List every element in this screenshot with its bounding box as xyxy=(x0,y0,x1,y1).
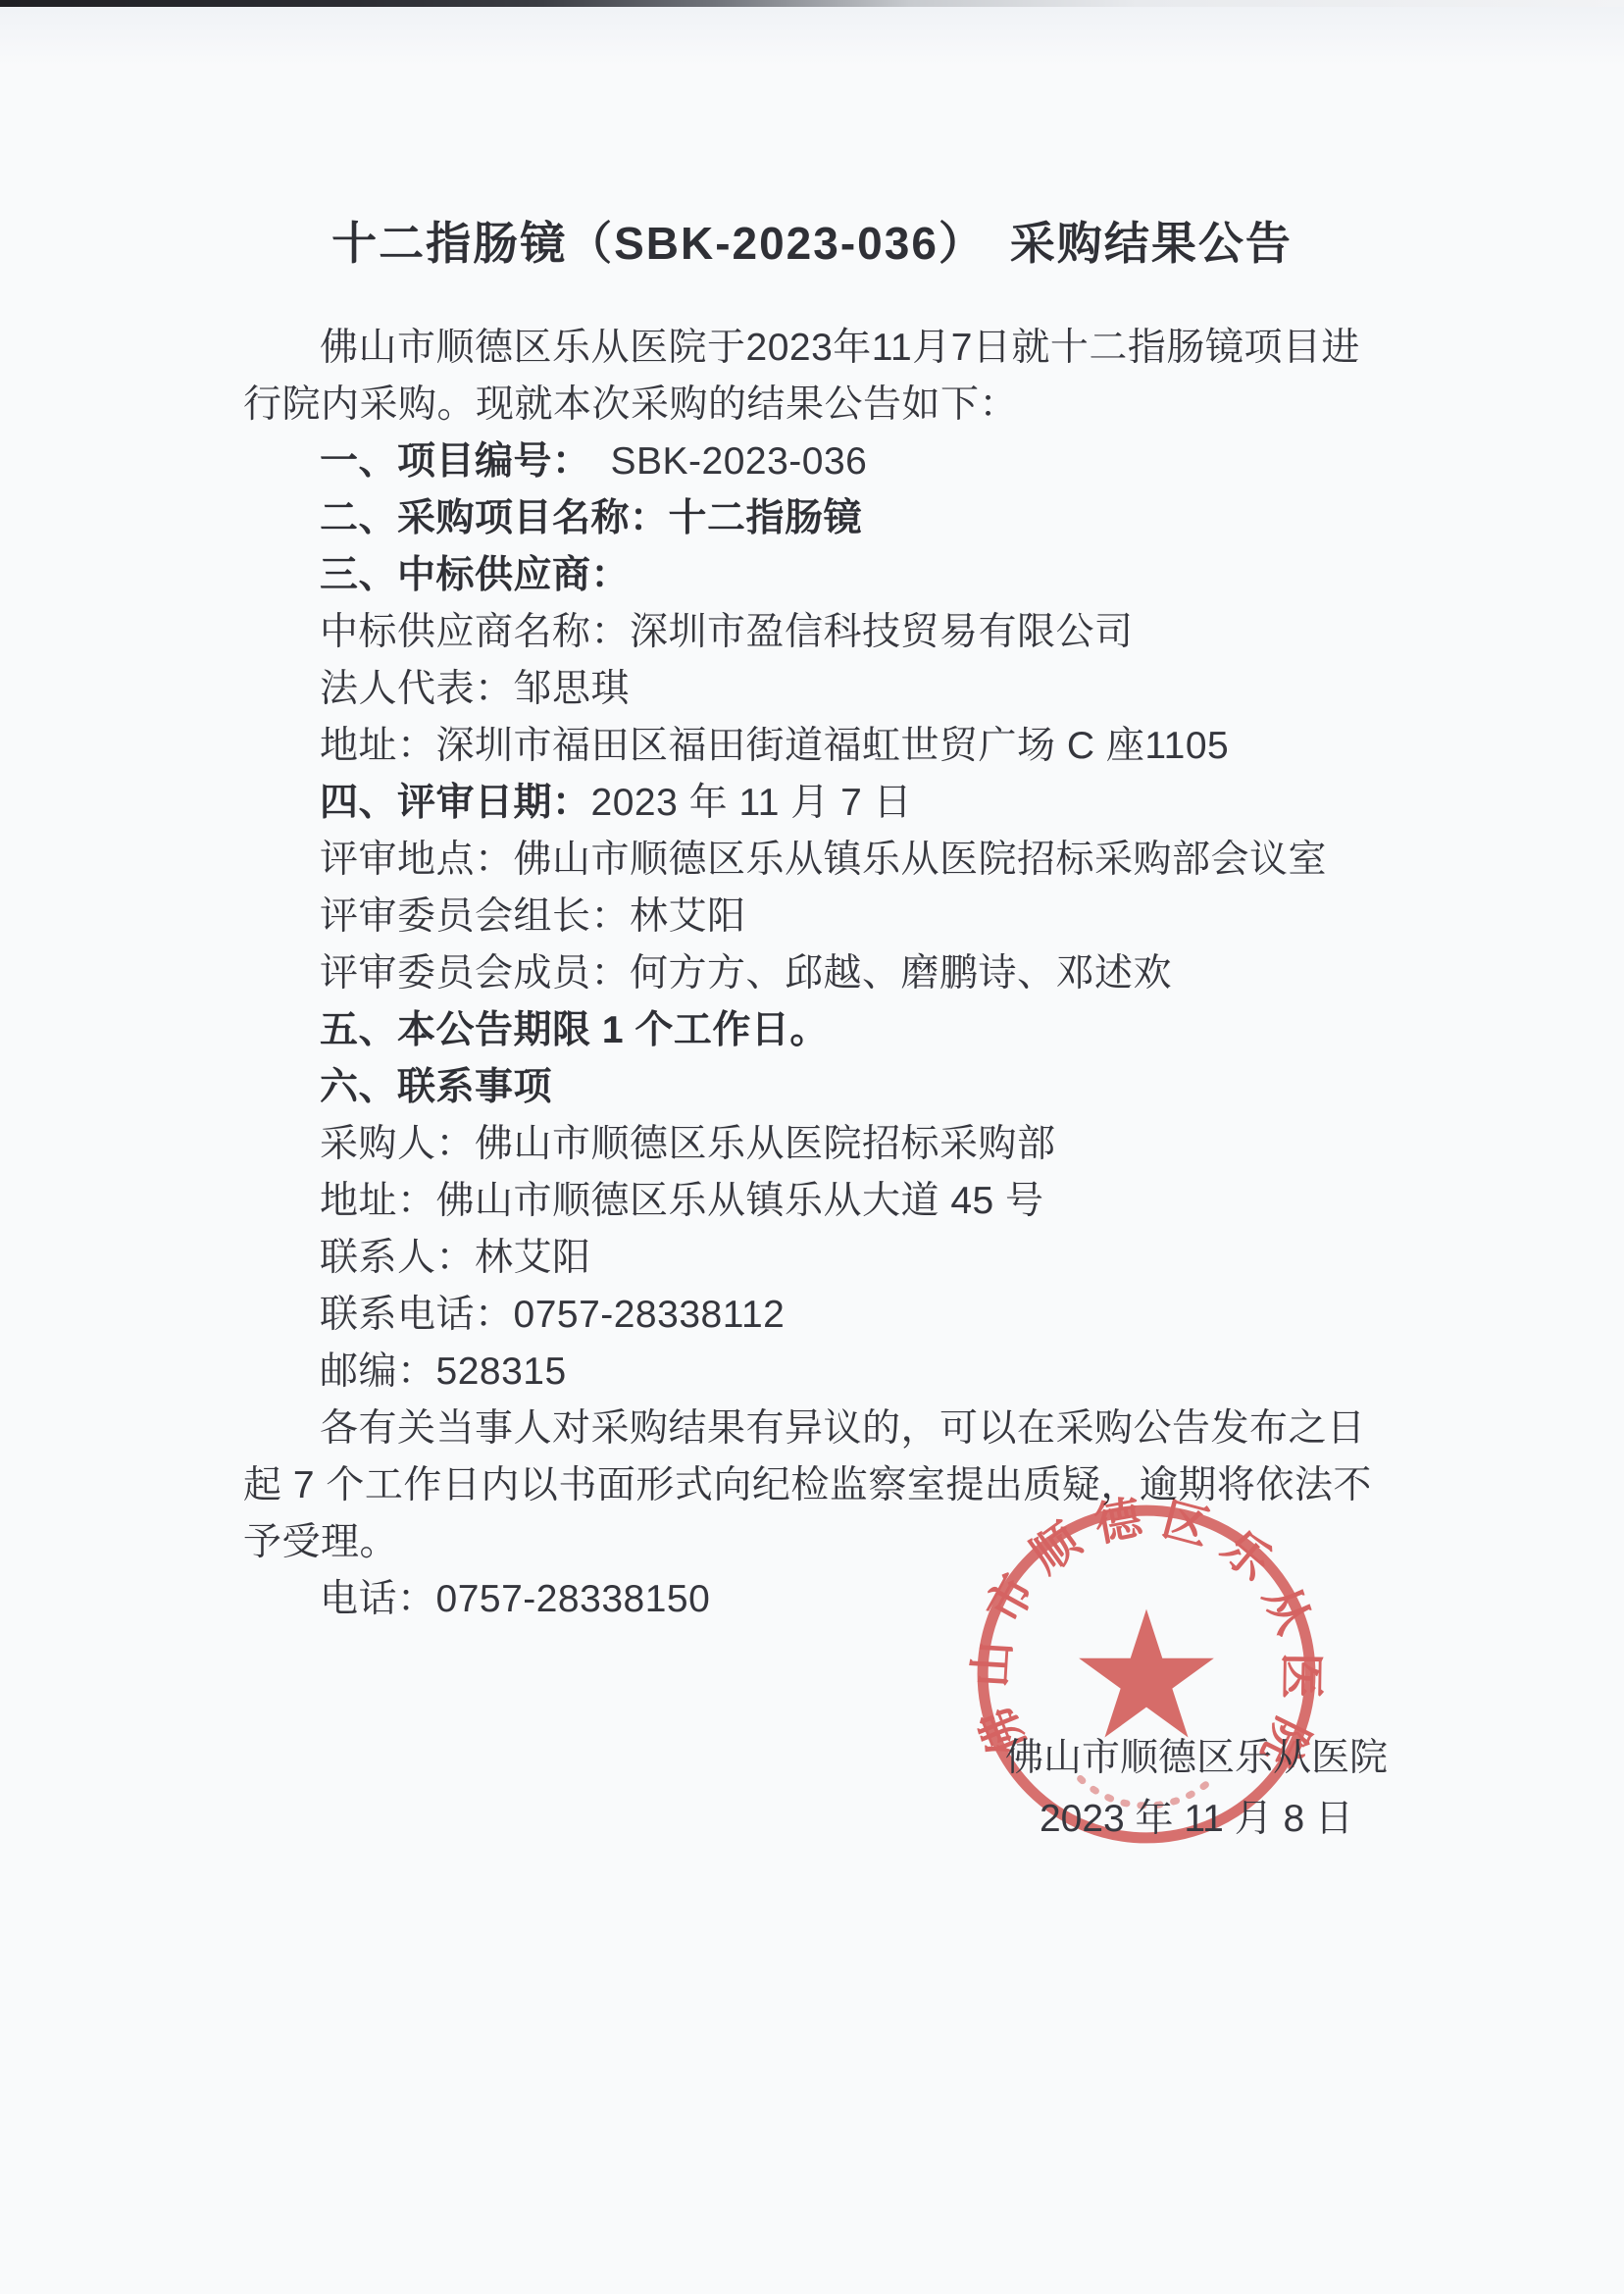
line-winner-heading: 三、中标供应商： xyxy=(243,547,1381,604)
scan-edge-artifact xyxy=(0,0,1624,7)
line-postcode: 邮编：528315 xyxy=(243,1344,1381,1401)
project-number-label: 一、项目编号： xyxy=(320,440,572,483)
signature-org: 佛山市顺德区乐从医院 xyxy=(976,1728,1417,1789)
signature-date: 2023 年 11 月 8 日 xyxy=(976,1789,1417,1850)
scanned-document-page: 十二指肠镜（SBK-2023-036） 采购结果公告 佛山市顺德区乐从医院于20… xyxy=(0,0,1624,2294)
line-legal-rep: 法人代表：邹思琪 xyxy=(243,661,1381,718)
signature-block: 佛山市顺德区乐从医院 2023 年 11 月 8 日 xyxy=(976,1728,1417,1850)
document-title: 十二指肠镜（SBK-2023-036） 采购结果公告 xyxy=(0,208,1624,273)
project-number-value: SBK-2023-036 xyxy=(572,440,867,483)
line-purchaser: 采购人：佛山市顺德区乐从医院招标采购部 xyxy=(243,1116,1381,1173)
line-winner-name: 中标供应商名称：深圳市盈信科技贸易有限公司 xyxy=(243,604,1381,661)
line-review-place: 评审地点：佛山市顺德区乐从镇乐从医院招标采购部会议室 xyxy=(243,832,1381,889)
line-purchaser-address: 地址：佛山市顺德区乐从镇乐从大道 45 号 xyxy=(243,1173,1381,1230)
intro-paragraph: 佛山市顺德区乐从医院于2023年11月7日就十二指肠镜项目进行院内采购。现就本次… xyxy=(243,320,1381,433)
document-body: 佛山市顺德区乐从医院于2023年11月7日就十二指肠镜项目进行院内采购。现就本次… xyxy=(243,320,1381,1628)
line-winner-address: 地址：深圳市福田区福田街道福虹世贸广场 C 座1105 xyxy=(243,718,1381,775)
scan-edge-fade xyxy=(0,7,1624,66)
review-date-label: 四、评审日期： xyxy=(320,782,591,824)
seal-star-icon xyxy=(1079,1609,1214,1738)
line-notice-period: 五、本公告期限 1 个工作日。 xyxy=(243,1002,1381,1059)
line-review-date: 四、评审日期：2023 年 11 月 7 日 xyxy=(243,775,1381,832)
line-project-number: 一、项目编号： SBK-2023-036 xyxy=(243,433,1381,490)
line-contact-phone: 联系电话：0757-28338112 xyxy=(243,1287,1381,1344)
line-committee-members: 评审委员会成员：何方方、邱越、磨鹏诗、邓述欢 xyxy=(243,945,1381,1002)
line-contact-heading: 六、联系事项 xyxy=(243,1059,1381,1116)
line-contact-person: 联系人：林艾阳 xyxy=(243,1230,1381,1287)
review-date-value: 2023 年 11 月 7 日 xyxy=(591,782,913,824)
line-project-name: 二、采购项目名称：十二指肠镜 xyxy=(243,490,1381,547)
line-committee-leader: 评审委员会组长：林艾阳 xyxy=(243,889,1381,945)
